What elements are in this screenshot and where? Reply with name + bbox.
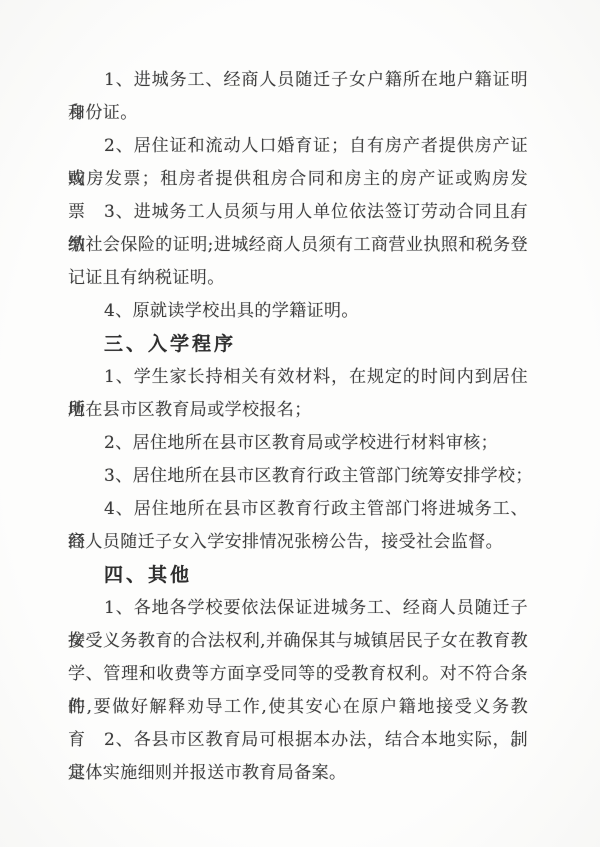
text-line: 1、各地各学校要依法保证进城务工、经商人员随迁子女: [68, 592, 528, 625]
section-heading: 四、其他: [68, 559, 528, 592]
text-line: 4、居住地所在县市区教育行政主管部门将进城务工、经: [68, 493, 528, 526]
text-line: 3、进城务工人员须与用人单位依法签订劳动合同且有缴: [68, 196, 528, 229]
text-line: 商人员随迁子女入学安排情况张榜公告，接受社会监督。: [68, 526, 528, 559]
text-line: 记证且有纳税证明。: [68, 262, 528, 295]
text-line: 2、各县市区教育局可根据本办法，结合本地实际，制定: [68, 724, 528, 757]
text-line: 1、进城务工、经商人员随迁子女户籍所在地户籍证明和: [68, 64, 528, 97]
text-line: 购房发票；租房者提供租房合同和房主的房产证或购房发票。: [68, 163, 528, 196]
text-line: 身份证。: [68, 97, 528, 130]
text-line: 3、居住地所在县市区教育行政主管部门统筹安排学校；: [68, 460, 528, 493]
text-line: 的,要做好解释劝导工作,使其安心在原户籍地接受义务教育。: [68, 691, 528, 724]
text-line: 具体实施细则并报送市教育局备案。: [68, 757, 528, 790]
text-line: 4、原就读学校出具的学籍证明。: [68, 295, 528, 328]
text-line: 所在县市区教育局或学校报名；: [68, 394, 528, 427]
text-line: 纳社会保险的证明;进城经商人员须有工商营业执照和税务登: [68, 229, 528, 262]
text-line: 2、居住证和流动人口婚育证；自有房产者提供房产证或: [68, 130, 528, 163]
text-line: 接受义务教育的合法权利,并确保其与城镇居民子女在教育教: [68, 625, 528, 658]
text-line: 学、管理和收费等方面享受同等的受教育权利。对不符合条件: [68, 658, 528, 691]
section-heading: 三、入学程序: [68, 328, 528, 361]
document-page: 1、进城务工、经商人员随迁子女户籍所在地户籍证明和身份证。2、居住证和流动人口婚…: [0, 0, 600, 847]
text-line: 2、居住地所在县市区教育局或学校进行材料审核；: [68, 427, 528, 460]
text-line: 1、学生家长持相关有效材料，在规定的时间内到居住地: [68, 361, 528, 394]
document-body: 1、进城务工、经商人员随迁子女户籍所在地户籍证明和身份证。2、居住证和流动人口婚…: [68, 64, 528, 790]
